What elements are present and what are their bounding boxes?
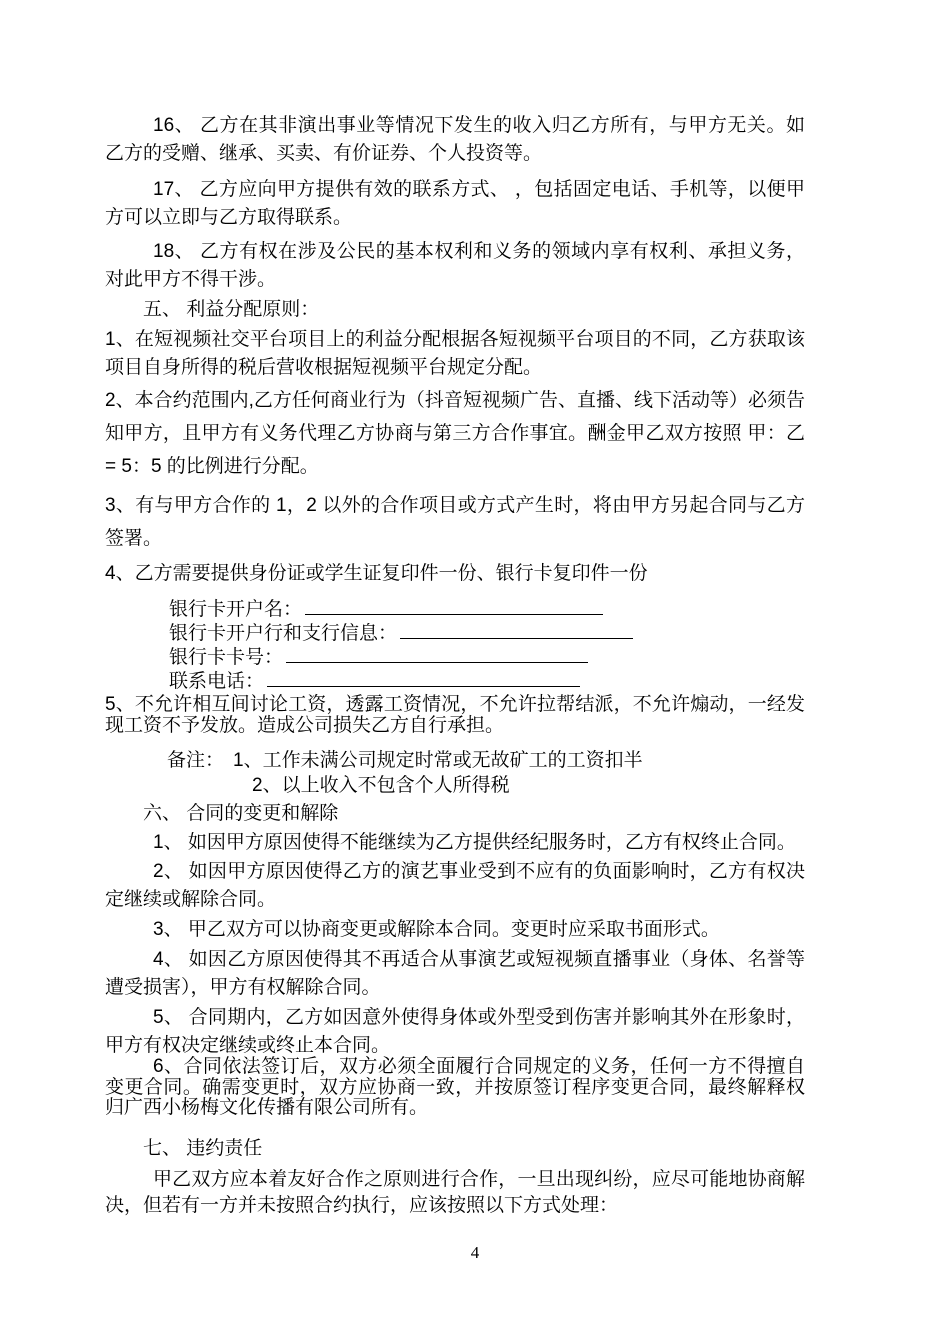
remark-label: 备注： <box>167 750 224 771</box>
section-5-item-3: 3、有与甲方合作的 1，2 以外的合作项目或方式产生时，将由甲方另起合同与乙方签… <box>105 489 805 555</box>
bank-field-branch-info: 银行卡开户行和支行信息： <box>169 622 805 646</box>
section-6-item-5: 5、 合同期内，乙方如因意外使得身体或外型受到伤害并影响其外在形象时，甲方有权决… <box>105 1004 805 1060</box>
bank-field-phone: 联系电话： <box>169 670 805 694</box>
field-label: 银行卡卡号： <box>169 647 283 668</box>
section-6-heading: 六、 合同的变更和解除 <box>105 800 805 828</box>
bank-field-account-name: 银行卡开户名： <box>169 598 805 622</box>
fill-in-line <box>305 598 603 615</box>
clause-18: 18、 乙方有权在涉及公民的基本权利和义务的领域内享有权利、承担义务，对此甲方不… <box>105 238 805 294</box>
remark-line-2: 2、以上收入不包含个人所得税 <box>105 773 805 798</box>
section-7-heading: 七、 违约责任 <box>105 1135 805 1163</box>
remark-line-1: 备注：1、工作未满公司规定时常或无故矿工的工资扣半 <box>105 748 805 773</box>
section-7-body: 甲乙双方应本着友好合作之原则进行合作，一旦出现纠纷，应尽可能地协商解决，但若有一… <box>105 1167 805 1219</box>
field-label: 银行卡开户行和支行信息： <box>169 623 397 644</box>
document-page: 16、 乙方在其非演出事业等情况下发生的收入归乙方所有，与甲方无关。如乙方的受赠… <box>0 0 950 1344</box>
section-5-item-1: 1、在短视频社交平台项目上的利益分配根据各短视频平台项目的不同，乙方获取该项目自… <box>105 326 805 382</box>
clause-16: 16、 乙方在其非演出事业等情况下发生的收入归乙方所有，与甲方无关。如乙方的受赠… <box>105 112 805 168</box>
clause-17: 17、 乙方应向甲方提供有效的联系方式、 ，包括固定电话、手机等，以便甲方可以立… <box>105 176 805 232</box>
bank-field-card-number: 银行卡卡号： <box>169 646 805 670</box>
section-6-item-2: 2、 如因甲方原因使得乙方的演艺事业受到不应有的负面影响时，乙方有权决定继续或解… <box>105 858 805 914</box>
section-5-item-5: 5、不允许相互间讨论工资，透露工资情况，不允许拉帮结派，不允许煽动，一经发现工资… <box>105 694 805 736</box>
fill-in-line <box>286 646 588 663</box>
remark-item-1: 1、工作未满公司规定时常或无故矿工的工资扣半 <box>233 750 643 771</box>
section-5-item-4: 4、乙方需要提供身份证或学生证复印件一份、银行卡复印件一份 <box>105 557 805 590</box>
section-6-item-4: 4、 如因乙方原因使得其不再适合从事演艺或短视频直播事业（身体、名誉等遭受损害）… <box>105 946 805 1002</box>
section-5-heading: 五、 利益分配原则： <box>105 296 805 324</box>
fill-in-line <box>400 622 633 639</box>
page-number: 4 <box>0 1243 950 1263</box>
field-label: 联系电话： <box>169 671 264 692</box>
contract-body: 16、 乙方在其非演出事业等情况下发生的收入归乙方所有，与甲方无关。如乙方的受赠… <box>105 112 805 1219</box>
section-6-item-3: 3、 甲乙双方可以协商变更或解除本合同。变更时应采取书面形式。 <box>105 916 805 944</box>
section-5-item-2: 2、本合约范围内,乙方任何商业行为（抖音短视频广告、直播、线下活动等）必须告知甲… <box>105 384 805 483</box>
section-6-item-6: 6、合同依法签订后，双方必须全面履行合同规定的义务，任何一方不得擅自变更合同。确… <box>105 1057 805 1119</box>
field-label: 银行卡开户名： <box>169 599 302 620</box>
fill-in-line <box>267 670 580 687</box>
section-6-item-1: 1、 如因甲方原因使得不能继续为乙方提供经纪服务时，乙方有权终止合同。 <box>105 828 805 858</box>
bank-info-fields: 银行卡开户名： 银行卡开户行和支行信息： 银行卡卡号： 联系电话： <box>105 598 805 694</box>
